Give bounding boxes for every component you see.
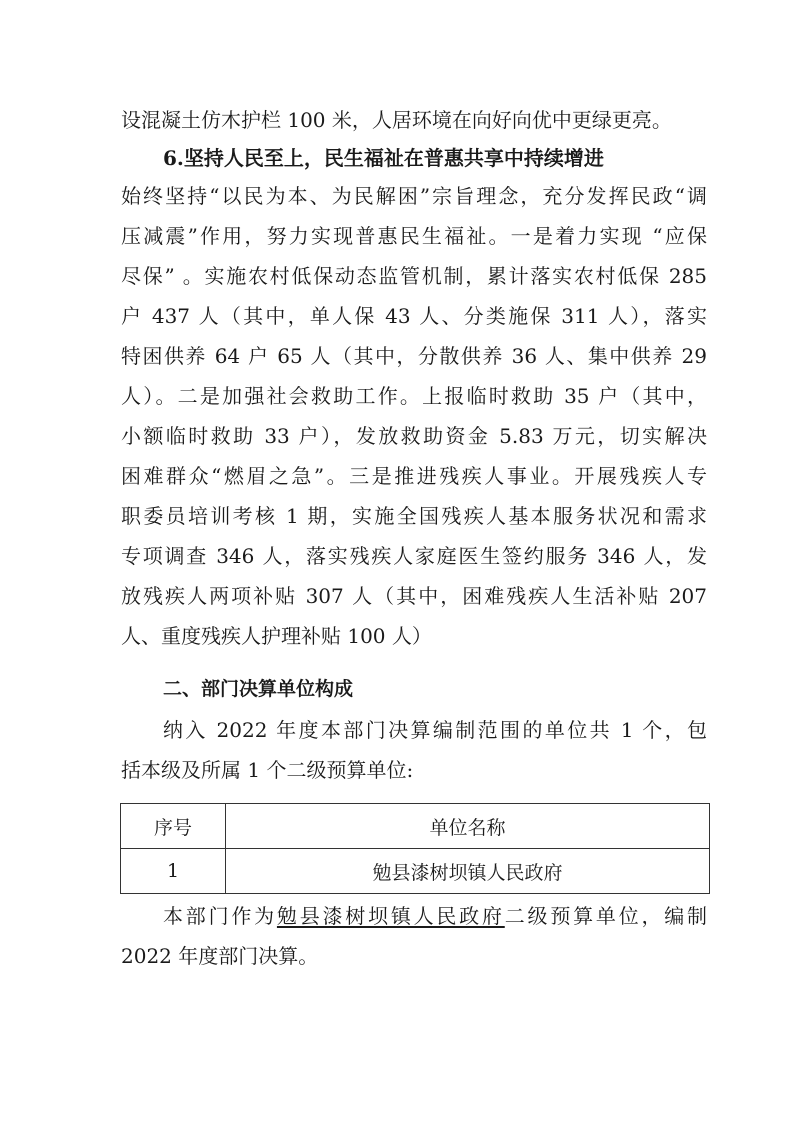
section-heading-2: 二、部门决算单位构成 (163, 675, 707, 703)
section-heading-6: 6.坚持人民至上，民生福祉在普惠共享中持续增进 (163, 144, 707, 172)
paragraph-line: 户 437 人（其中，单人保 43 人、分类施保 311 人），落实 (121, 302, 707, 330)
paragraph-line: 人）。二是加强社会救助工作。上报临时救助 35 户（其中， (121, 382, 707, 410)
paragraph-line: 人、重度残疾人护理补贴 100 人） (121, 622, 707, 650)
closing-last-line: 2022 年度部门决算。 (121, 942, 707, 970)
paragraph-line: 小额临时救助 33 户），发放救助资金 5.83 万元，切实解决 (121, 422, 707, 450)
table-row: 1 勉县漆树坝镇人民政府 (121, 849, 710, 894)
paragraph-line: 职委员培训考核 1 期，实施全国残疾人基本服务状况和需求 (121, 502, 707, 530)
paragraph-line: 放残疾人两项补贴 307 人（其中，困难残疾人生活补贴 207 (121, 582, 707, 610)
paragraph-line: 专项调查 346 人，落实残疾人家庭医生签约服务 346 人，发 (121, 542, 707, 570)
closing-prefix: 本部门作为 (163, 904, 277, 928)
paragraph-line: 压减震”作用，努力实现普惠民生福祉。一是着力实现 “应保 (121, 222, 707, 250)
paragraph-line: 困难群众“燃眉之急”。三是推进残疾人事业。开展残疾人专 (121, 462, 707, 490)
paragraph-line: 始终坚持“以民为本、为民解困”宗旨理念，充分发挥民政“调 (121, 182, 707, 210)
header-unit-name: 单位名称 (226, 804, 710, 849)
paragraph-line: 尽保” 。实施农村低保动态监管机制，累计落实农村低保 285 (121, 262, 707, 290)
table-header-row: 序号 单位名称 (121, 804, 710, 849)
paragraph-line: 设混凝土仿木护栏 100 米，人居环境在向好向优中更绿更亮。 (121, 106, 707, 134)
paragraph-line: 括本级及所属 1 个二级预算单位: (121, 756, 707, 784)
paragraph-line: 特困供养 64 户 65 人（其中，分散供养 36 人、集中供养 29 (121, 342, 707, 370)
header-index: 序号 (121, 804, 226, 849)
cell-index: 1 (121, 849, 226, 894)
cell-unit-name: 勉县漆树坝镇人民政府 (226, 849, 710, 894)
closing-suffix: 二级预算单位，编制 (505, 904, 707, 928)
closing-line: 本部门作为勉县漆树坝镇人民政府二级预算单位，编制 (163, 902, 707, 930)
budget-units-table: 序号 单位名称 1 勉县漆树坝镇人民政府 (120, 803, 710, 894)
unit-name-underlined: 勉县漆树坝镇人民政府 (277, 904, 505, 928)
paragraph-line: 纳入 2022 年度本部门决算编制范围的单位共 1 个，包 (163, 716, 707, 744)
document-page: 设混凝土仿木护栏 100 米，人居环境在向好向优中更绿更亮。 6.坚持人民至上，… (0, 0, 793, 1122)
